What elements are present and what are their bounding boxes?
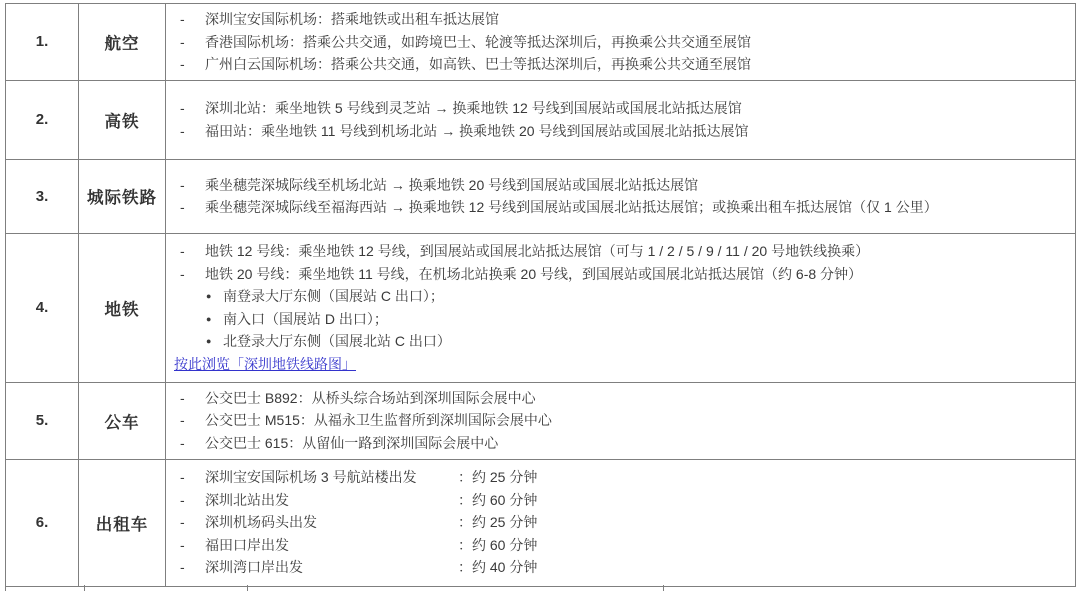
dash-bullet-icon: - [180, 534, 205, 557]
departure-time-pair: 深圳机场码头出发：约 25 分钟 [205, 511, 1065, 534]
dash-bullet-icon: - [180, 511, 205, 534]
dash-bullet-icon: - [180, 31, 205, 54]
dash-bullet-icon: - [180, 174, 205, 197]
row-number: 5. [6, 382, 79, 459]
list-item-text: 公交巴士 B892：从桥头综合场站到深圳国际会展中心 [205, 387, 536, 410]
list-item: -广州白云国际机场：搭乘公共交通，如高铁、巴士等抵达深圳后，再换乘公共交通至展馆 [180, 53, 1065, 76]
dash-bullet-icon: - [180, 196, 205, 219]
list-item: -公交巴士 B892：从桥头综合场站到深圳国际会展中心 [180, 387, 1065, 410]
transport-table: 1.航空-深圳宝安国际机场：搭乘地铁或出租车抵达展馆-香港国际机场：搭乘公共交通… [5, 3, 1076, 587]
row-category: 出租车 [79, 459, 166, 586]
row-number: 3. [6, 159, 79, 233]
sub-list-item: ●北登录大厅东侧（国展北站 C 出口） [180, 330, 1065, 353]
list-item: -公交巴士 615：从留仙一路到深圳国际会展中心 [180, 432, 1065, 455]
sub-list-item: ●南登录大厅东侧（国展站 C 出口）； [180, 285, 1065, 308]
row-number: 2. [6, 80, 79, 159]
list-item: -地铁 20 号线：乘坐地铁 11 号线，在机场北站换乘 20 号线，到国展站或… [180, 263, 1065, 286]
departure-point: 深圳宝安国际机场 3 号航站楼出发 [205, 466, 458, 489]
travel-time: ：约 60 分钟 [458, 534, 537, 557]
list-item-text: 公交巴士 615：从留仙一路到深圳国际会展中心 [205, 432, 498, 455]
list-item: -深圳湾口岸出发：约 40 分钟 [180, 556, 1065, 579]
travel-time: ：约 25 分钟 [458, 511, 537, 534]
list-item-text: 地铁 12 号线：乘坐地铁 12 号线，到国展站或国展北站抵达展馆（可与 1 /… [205, 240, 869, 263]
list-item-text: 深圳宝安国际机场：搭乘地铁或出租车抵达展馆 [205, 8, 499, 31]
row-content: -深圳北站：乘坐地铁 5 号线到灵芝站 → 换乘地铁 12 号线到国展站或国展北… [166, 80, 1076, 159]
list-item: -深圳宝安国际机场：搭乘地铁或出租车抵达展馆 [180, 8, 1065, 31]
row-content: -公交巴士 B892：从桥头综合场站到深圳国际会展中心-公交巴士 M515：从福… [166, 382, 1076, 459]
list-item-text: 公交巴士 M515：从福永卫生监督所到深圳国际会展中心 [205, 409, 552, 432]
list-item: -乘坐穗莞深城际线至福海西站 → 换乘地铁 12 号线到国展站或国展北站抵达展馆… [180, 196, 1065, 219]
row-number: 1. [6, 4, 79, 81]
departure-time-pair: 福田口岸出发：约 60 分钟 [205, 534, 1065, 557]
dot-bullet-icon: ● [206, 330, 223, 353]
list-item: -深圳机场码头出发：约 25 分钟 [180, 511, 1065, 534]
document-page: 1.航空-深圳宝安国际机场：搭乘地铁或出租车抵达展馆-香港国际机场：搭乘公共交通… [0, 0, 1080, 591]
row-category: 地铁 [79, 233, 166, 382]
dash-bullet-icon: - [180, 263, 205, 286]
table-gridline [663, 585, 664, 591]
travel-time: ：约 40 分钟 [458, 556, 537, 579]
dash-bullet-icon: - [180, 120, 205, 143]
dash-bullet-icon: - [180, 432, 205, 455]
dash-bullet-icon: - [180, 97, 205, 120]
list-item-text: 乘坐穗莞深城际线至机场北站 → 换乘地铁 20 号线到国展站或国展北站抵达展馆 [205, 174, 698, 197]
row-content: -地铁 12 号线：乘坐地铁 12 号线，到国展站或国展北站抵达展馆（可与 1 … [166, 233, 1076, 382]
list-item: -深圳宝安国际机场 3 号航站楼出发：约 25 分钟 [180, 466, 1065, 489]
table-row: 1.航空-深圳宝安国际机场：搭乘地铁或出租车抵达展馆-香港国际机场：搭乘公共交通… [6, 4, 1076, 81]
dash-bullet-icon: - [180, 8, 205, 31]
sub-list-item: ●南入口（国展站 D 出口）； [180, 308, 1065, 331]
travel-time: ：约 60 分钟 [458, 489, 537, 512]
list-item: -公交巴士 M515：从福永卫生监督所到深圳国际会展中心 [180, 409, 1065, 432]
sub-list-item-text: 南登录大厅东侧（国展站 C 出口）； [223, 285, 444, 308]
list-item-text: 广州白云国际机场：搭乘公共交通，如高铁、巴士等抵达深圳后，再换乘公共交通至展馆 [205, 53, 751, 76]
sub-list-item-text: 南入口（国展站 D 出口）； [223, 308, 388, 331]
list-item-text: 福田站：乘坐地铁 11 号线到机场北站 → 换乘地铁 20 号线到国展站或国展北… [205, 120, 748, 143]
table-row: 4.地铁-地铁 12 号线：乘坐地铁 12 号线，到国展站或国展北站抵达展馆（可… [6, 233, 1076, 382]
row-content: -乘坐穗莞深城际线至机场北站 → 换乘地铁 20 号线到国展站或国展北站抵达展馆… [166, 159, 1076, 233]
table-row: 6.出租车-深圳宝安国际机场 3 号航站楼出发：约 25 分钟-深圳北站出发：约… [6, 459, 1076, 586]
row-category: 公车 [79, 382, 166, 459]
departure-point: 深圳北站出发 [205, 489, 458, 512]
dash-bullet-icon: - [180, 53, 205, 76]
list-item: -深圳北站：乘坐地铁 5 号线到灵芝站 → 换乘地铁 12 号线到国展站或国展北… [180, 97, 1065, 120]
list-item-text: 深圳北站：乘坐地铁 5 号线到灵芝站 → 换乘地铁 12 号线到国展站或国展北站… [205, 97, 742, 120]
dot-bullet-icon: ● [206, 285, 223, 308]
row-category: 城际铁路 [79, 159, 166, 233]
metro-map-link[interactable]: 按此浏览「深圳地铁线路图」 [174, 353, 356, 376]
table-gridline [5, 585, 6, 591]
dash-bullet-icon: - [180, 409, 205, 432]
travel-time: ：约 25 分钟 [458, 466, 537, 489]
dash-bullet-icon: - [180, 387, 205, 410]
departure-point: 深圳机场码头出发 [205, 511, 458, 534]
dash-bullet-icon: - [180, 240, 205, 263]
table-row: 3.城际铁路-乘坐穗莞深城际线至机场北站 → 换乘地铁 20 号线到国展站或国展… [6, 159, 1076, 233]
list-item-text: 乘坐穗莞深城际线至福海西站 → 换乘地铁 12 号线到国展站或国展北站抵达展馆；… [205, 196, 938, 219]
departure-time-pair: 深圳北站出发：约 60 分钟 [205, 489, 1065, 512]
row-number: 4. [6, 233, 79, 382]
next-row-sliver [5, 585, 1076, 591]
table-gridline [247, 585, 248, 591]
list-item-text: 香港国际机场：搭乘公共交通，如跨境巴士、轮渡等抵达深圳后，再换乘公共交通至展馆 [205, 31, 751, 54]
list-item-text: 地铁 20 号线：乘坐地铁 11 号线，在机场北站换乘 20 号线，到国展站或国… [205, 263, 862, 286]
list-item: -乘坐穗莞深城际线至机场北站 → 换乘地铁 20 号线到国展站或国展北站抵达展馆 [180, 174, 1065, 197]
dash-bullet-icon: - [180, 556, 205, 579]
dash-bullet-icon: - [180, 466, 205, 489]
row-number: 6. [6, 459, 79, 586]
row-category: 航空 [79, 4, 166, 81]
departure-time-pair: 深圳宝安国际机场 3 号航站楼出发：约 25 分钟 [205, 466, 1065, 489]
list-item: -地铁 12 号线：乘坐地铁 12 号线，到国展站或国展北站抵达展馆（可与 1 … [180, 240, 1065, 263]
sub-list-item-text: 北登录大厅东侧（国展北站 C 出口） [223, 330, 451, 353]
list-item: -福田口岸出发：约 60 分钟 [180, 534, 1065, 557]
departure-time-pair: 深圳湾口岸出发：约 40 分钟 [205, 556, 1065, 579]
list-item: -福田站：乘坐地铁 11 号线到机场北站 → 换乘地铁 20 号线到国展站或国展… [180, 120, 1065, 143]
table-gridline [84, 585, 85, 591]
list-item: -深圳北站出发：约 60 分钟 [180, 489, 1065, 512]
row-content: -深圳宝安国际机场：搭乘地铁或出租车抵达展馆-香港国际机场：搭乘公共交通，如跨境… [166, 4, 1076, 81]
dot-bullet-icon: ● [206, 308, 223, 331]
row-category: 高铁 [79, 80, 166, 159]
table-row: 2.高铁-深圳北站：乘坐地铁 5 号线到灵芝站 → 换乘地铁 12 号线到国展站… [6, 80, 1076, 159]
departure-point: 深圳湾口岸出发 [205, 556, 458, 579]
transport-table-body: 1.航空-深圳宝安国际机场：搭乘地铁或出租车抵达展馆-香港国际机场：搭乘公共交通… [6, 4, 1076, 587]
row-content: -深圳宝安国际机场 3 号航站楼出发：约 25 分钟-深圳北站出发：约 60 分… [166, 459, 1076, 586]
link-line: 按此浏览「深圳地铁线路图」 [174, 353, 1065, 376]
table-row: 5.公车-公交巴士 B892：从桥头综合场站到深圳国际会展中心-公交巴士 M51… [6, 382, 1076, 459]
list-item: -香港国际机场：搭乘公共交通，如跨境巴士、轮渡等抵达深圳后，再换乘公共交通至展馆 [180, 31, 1065, 54]
departure-point: 福田口岸出发 [205, 534, 458, 557]
dash-bullet-icon: - [180, 489, 205, 512]
